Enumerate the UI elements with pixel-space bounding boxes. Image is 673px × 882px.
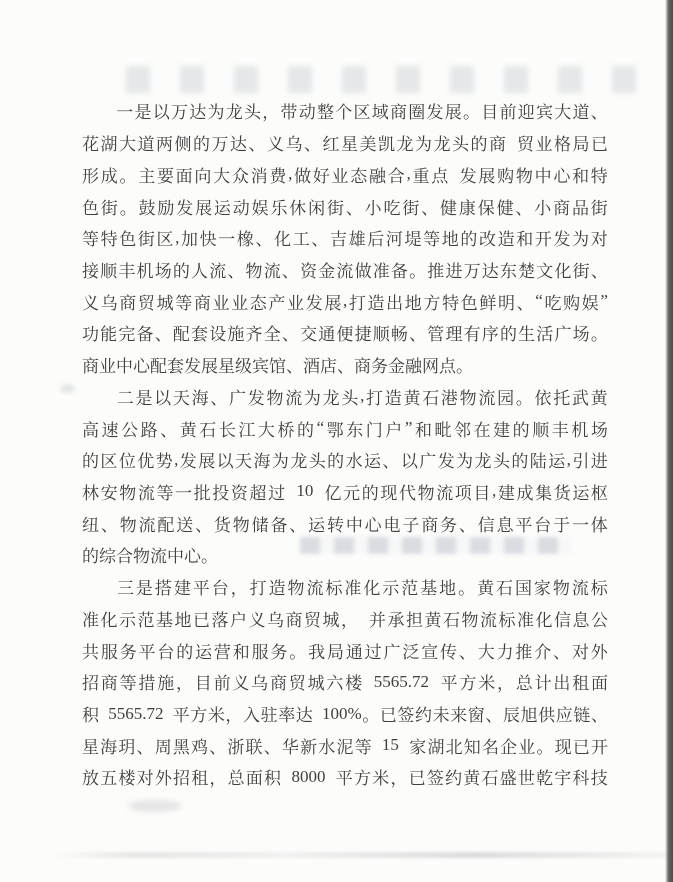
document-line: 等特色街区,加快一橡、化工、吉雄后河堤等地的改造和开发为对 [82, 222, 608, 254]
document-line: 积5565.72平方米，入驻率达100%。已签约未来窗、辰旭供应链、 [82, 698, 608, 730]
scan-smudge-artifact-left [60, 384, 75, 393]
document-line: 功能完备、配套设施齐全、交通便捷顺畅、管理有序的生活广场。 [82, 317, 608, 349]
document-line: 招商等措施，目前义乌商贸城六楼5565.72平方米，总计出租面 [82, 666, 608, 698]
bleed-through-artifact-top [126, 66, 642, 93]
document-line: 一是以万达为龙头，带动整个区域商圈发展。目前迎宾大道、 [82, 95, 608, 127]
document-line: 义乌商贸城等商业业态产业发展,打造出地方特色鲜明、“吃购娱” [82, 285, 608, 317]
document-line: 的区位优势,发展以天海为龙头的水运、以广发为龙头的陆运,引进 [82, 444, 608, 476]
document-line: 纽、物流配送、货物储备、运转中心电子商务、信息平台于一体 [82, 507, 608, 539]
document-line: 高速公路、黄石长江大桥的“鄂东门户”和毗邻在建的顺丰机场 [82, 412, 608, 444]
document-line: 形成。主要面向大众消费,做好业态融合,重点发展购物中心和特 [82, 158, 608, 190]
document-line: 花湖大道两侧的万达、义乌、红星美凯龙为龙头的商贸业格局已 [82, 127, 608, 159]
document-line: 林安物流等一批投资超过10亿元的现代物流项目,建成集货运枢 [82, 476, 608, 508]
document-line: 三是搭建平台，打造物流标准化示范基地。黄石国家物流标 [82, 571, 608, 603]
document-line: 共服务平台的运营和服务。我局通过广泛宣传、大力推介、对外 [82, 634, 608, 666]
document-line: 星海玥、周黑鸡、浙联、华新水泥等15家湖北知名企业。现已开 [82, 729, 608, 761]
document-line: 放五楼对外招租，总面积8000平方米，已签约黄石盛世乾宇科技 [82, 761, 608, 793]
scan-streak-artifact [52, 852, 672, 858]
document-line: 商业中心配套发展星级宾馆、酒店、商务金融网点。 [82, 349, 608, 381]
scanned-document-page: 一是以万达为龙头，带动整个区域商圈发展。目前迎宾大道、花湖大道两侧的万达、义乌、… [0, 0, 673, 882]
document-line: 二是以天海、广发物流为龙头,打造黄石港物流园。依托武黄 [82, 380, 608, 412]
page-edge-shadow [665, 0, 673, 882]
scan-smudge-artifact-bottom [128, 800, 182, 812]
document-line: 色街。鼓励发展运动娱乐休闲街、小吃街、健康保健、小商品街 [82, 190, 608, 222]
document-line: 准化示范基地已落户义乌商贸城，并承担黄石物流标准化信息公 [82, 603, 608, 635]
bleed-through-artifact-mid [300, 537, 572, 554]
document-body: 一是以万达为龙头，带动整个区域商圈发展。目前迎宾大道、花湖大道两侧的万达、义乌、… [82, 95, 608, 793]
document-line: 接顺丰机场的人流、物流、资金流做准备。推进万达东楚文化街、 [82, 254, 608, 286]
